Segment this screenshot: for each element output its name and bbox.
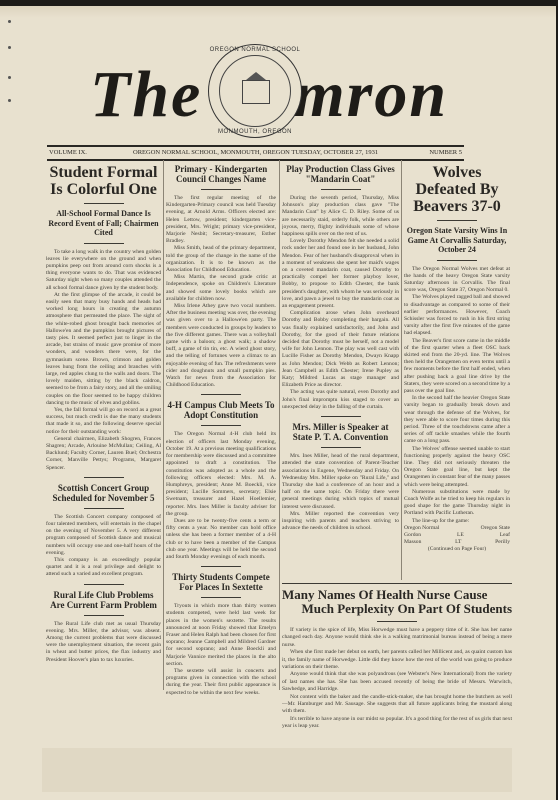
headline: Wolves Defeated By Beavers 37-0 [404,164,510,215]
paragraph: The first regular meeting of the Kinderg… [166,195,276,245]
paragraph: Anyone would think that she was polyandr… [282,671,512,693]
divider [377,621,417,622]
lineup-position: LE [457,532,464,539]
lineup-player-left: Masson [404,539,421,546]
paragraph: The acting was quite natural, even Dorot… [282,389,399,411]
column-3: Play Production Class Gives "Mandarin Co… [282,160,399,577]
binding-hole [8,20,11,23]
volume-label: VOLUME IX. [49,147,87,158]
headline-line-1: Many Names Of Health Nurse Cause [282,588,512,602]
masthead: The Lamron OREGON NORMAL SCHOOL MONMOUTH… [48,42,468,142]
headline: 4-H Campus Club Meets To Adopt Constitut… [166,400,276,420]
continued-note: (Continued on Page Four) [404,546,510,553]
paragraph: The Wolves' offense seemed unable to sta… [404,446,510,489]
paragraph: In the second half the heavier Oregon St… [404,395,510,445]
paragraph: The sextette will assist in concerts and… [166,668,276,697]
divider [437,260,477,261]
paragraph: During the seventh period, Thursday, Mis… [282,195,399,238]
article-formal: Student Formal Is Colorful One All-Schoo… [46,164,161,472]
paragraph: Not content with the baker and the candl… [282,694,512,716]
binding-hole [8,76,11,79]
paragraph: This company is an exceedingly popular q… [46,557,161,579]
paragraph: Miss Smith, head of the primary departme… [166,245,276,274]
paragraph: The Scottish Concert company composed of… [46,514,161,557]
paragraph: Mrs. Miller reported the convention very… [282,511,399,533]
masthead-title-the: The [90,62,202,128]
divider [84,508,124,509]
seal-inner-ring [219,55,291,127]
divider [321,416,361,417]
lineup-row: Gordon LE Leaf [404,532,510,539]
lineup-header: Oregon Normal Oregon State [404,525,510,532]
paragraph: If variety is the spice of life, Miss Ho… [282,627,512,649]
paragraph: At the first glimpse of the arcade, it c… [46,292,161,407]
paragraph: Lovely Dorothy Mendon felt she needed a … [282,238,399,310]
article-scottish: Scottish Concert Group Scheduled for Nov… [46,483,161,579]
divider [321,447,361,448]
paper-stain [42,748,512,792]
divider [201,425,241,426]
dateline: VOLUME IX. OREGON NORMAL SCHOOL, MONMOUT… [47,145,464,161]
paragraph: The Oregon Normal Wolves met defeat at t… [404,266,510,295]
article-wolves: Wolves Defeated By Beavers 37-0 Oregon S… [404,164,510,554]
headline: Play Production Class Gives "Mandarin Co… [282,164,399,184]
paragraph: Dues are to be twenty-five cents a term … [166,518,276,561]
column-rule [163,160,164,690]
paragraph: Yes, the fall formal will go on record a… [46,407,161,436]
divider [84,477,124,478]
binding-hole [8,46,11,49]
headline: Primary - Kindergarten Council Changes N… [166,164,276,184]
article-sextette: Thirty Students Compete For Places In Se… [166,572,276,697]
headline: Student Formal Is Colorful One [46,164,161,198]
article-kindergarten: Primary - Kindergarten Council Changes N… [166,164,276,389]
divider [437,220,477,221]
column-2: Primary - Kindergarten Council Changes N… [166,160,276,790]
column-rule [401,160,402,580]
lineup-team-right: Oregon State [481,525,510,532]
divider [201,566,241,567]
paragraph: The Rural Life club met as usual Thursda… [46,621,161,664]
paragraph: The Beaver's first score came in the mid… [404,338,510,396]
paragraph: Tryouts in which more than thirty women … [166,603,276,668]
seal-bottom-text: MONMOUTH, OREGON [209,129,301,135]
subheadline: All-School Formal Dance Is Record Event … [46,209,161,238]
column-rule [279,160,280,690]
lineup-player-left: Gordon [404,532,421,539]
article-mandarin-coat: Play Production Class Gives "Mandarin Co… [282,164,399,411]
paragraph: To take a long walk in the country when … [46,249,161,292]
seal-top-text: OREGON NORMAL SCHOOL [209,47,301,53]
paragraph: Miss Irlene Athey gave two vocal numbers… [166,303,276,389]
headline: Mrs. Miller is Speaker at State P. T. A.… [282,422,399,442]
headline-line-2: Much Perplexity On Part Of Students [282,602,512,616]
divider [201,597,241,598]
article-miller: Mrs. Miller is Speaker at State P. T. A.… [282,422,399,532]
seal-building-icon [242,80,270,104]
paragraph: General chairmen, Elizabeth Shogren, Fra… [46,436,161,472]
divider [321,189,361,190]
lineup-player-right: Leaf [500,532,510,539]
subheadline: Oregon State Varsity Wins In Game At Cor… [404,226,510,255]
column-4: Wolves Defeated By Beavers 37-0 Oregon S… [404,160,510,577]
headline: Rural Life Club Problems Are Current Far… [46,590,161,610]
lineup-team-left: Oregon Normal [404,525,439,532]
paragraph: The Oregon Normal 4-H club held its elec… [166,431,276,517]
headline: Thirty Students Compete For Places In Se… [166,572,276,592]
article-4h: 4-H Campus Club Meets To Adopt Constitut… [166,400,276,561]
divider [84,243,124,244]
paragraph: It's terrible to have anyone in our mids… [282,716,512,731]
article-health-nurse: Many Names Of Health Nurse Cause Much Pe… [282,583,512,748]
divider [201,189,241,190]
paragraph: The line-up for the game: [404,518,510,525]
paragraph: Miss Martin, the second grade critic at … [166,274,276,303]
divider [84,584,124,585]
article-rural: Rural Life Club Problems Are Current Far… [46,590,161,664]
divider [84,615,124,616]
binding-hole [8,99,11,102]
school-seal-icon: OREGON NORMAL SCHOOL MONMOUTH, OREGON [208,44,302,138]
paragraph: Complication arose when John overheard D… [282,310,399,389]
headline: Scottish Concert Group Scheduled for Nov… [46,483,161,503]
divider [84,203,124,204]
issue-number: NUMBER 5 [429,147,462,158]
lineup-player-right: Perilly [495,539,510,546]
paragraph: The Wolves played ragged ball and showed… [404,294,510,337]
column-1: Student Formal Is Colorful One All-Schoo… [46,160,161,790]
divider [201,394,241,395]
paragraph: When she first made her debut on earth, … [282,649,512,671]
paragraph: Numerous substitutions were made by Coac… [404,489,510,518]
paragraph: Mrs. Ines Miller, head of the rural depa… [282,453,399,511]
dateline-text: OREGON NORMAL SCHOOL, MONMOUTH, OREGON T… [133,147,378,158]
